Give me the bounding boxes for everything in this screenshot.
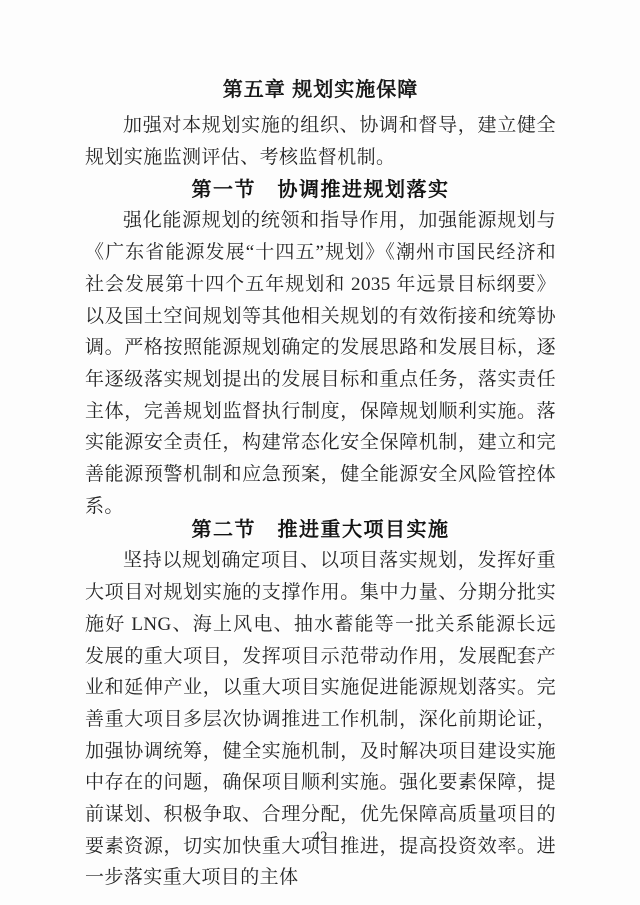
intro-paragraph: 加强对本规划实施的组织、协调和督导，建立健全规划实施监测评估、考核监督机制。 [85,110,556,173]
section-2-heading: 第二节 推进重大项目实施 [85,517,556,543]
section-1-paragraph: 强化能源规划的统领和指导作用，加强能源规划与《广东省能源发展“十四五”规划》《潮… [85,205,556,522]
chapter-heading: 第五章 规划实施保障 [85,78,556,102]
section-1-heading: 第一节 协调推进规划落实 [85,177,556,203]
page-number: 42 [0,829,640,846]
document-page: 第五章 规划实施保障 加强对本规划实施的组织、协调和督导，建立健全规划实施监测评… [0,0,640,905]
